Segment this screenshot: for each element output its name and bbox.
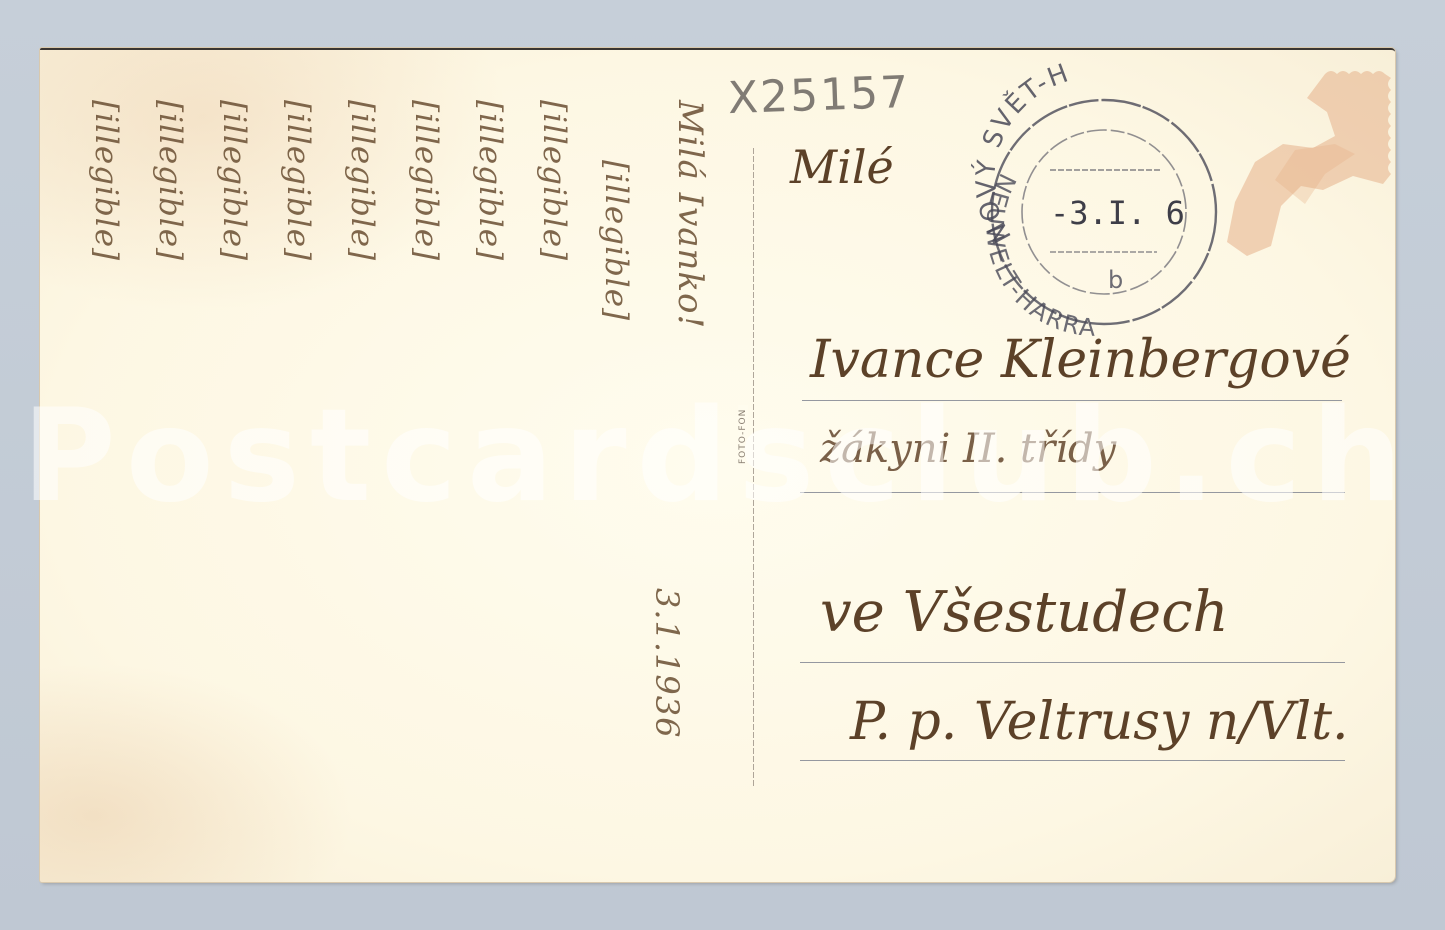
address-rule <box>800 760 1345 761</box>
message-salutation: Milá Ivanko! <box>670 100 710 329</box>
address-line-3: ve Všestudech <box>820 580 1229 645</box>
message-area: Milá Ivanko! 3.1.1936 [illegible] [illeg… <box>82 90 732 850</box>
divider-imprint: FOTO-FON <box>738 405 748 468</box>
recipient-name: Ivance Kleinbergové <box>810 330 1351 390</box>
message-line: [illegible] <box>536 100 572 261</box>
message-line: [illegible] <box>152 100 188 261</box>
address-line-2: žákyni II. třídy <box>820 426 1116 472</box>
postmark: NOVÝ SVĚT-H NEUWELT-HARRA -3.I. 6 b <box>972 52 1222 334</box>
address-rule <box>800 662 1345 663</box>
address-rule <box>800 492 1345 493</box>
pencil-reference-number: X25157 <box>727 67 911 124</box>
stamp-residue-stain <box>1215 60 1405 260</box>
message-line: [illegible] <box>216 100 252 261</box>
address-rule <box>802 400 1342 401</box>
scan-background: X25157 NOVÝ SVĚT-H NEUWELT-HARRA -3.I. 6… <box>0 0 1445 930</box>
message-line: [illegible] <box>408 100 444 261</box>
message-line: [illegible] <box>344 100 380 261</box>
message-line: [illegible] <box>88 100 124 261</box>
center-divider-line <box>753 148 754 786</box>
message-line: [illegible] <box>280 100 316 261</box>
message-line: [illegible] <box>598 160 634 321</box>
address-line-4: P. p. Veltrusy n/Vlt. <box>850 692 1349 752</box>
message-date: 3.1.1936 <box>648 588 686 739</box>
address-greeting: Milé <box>790 140 894 194</box>
message-line: [illegible] <box>472 100 508 261</box>
postmark-date: -3.I. 6 <box>1050 194 1185 232</box>
postmark-subcode: b <box>1108 266 1123 294</box>
